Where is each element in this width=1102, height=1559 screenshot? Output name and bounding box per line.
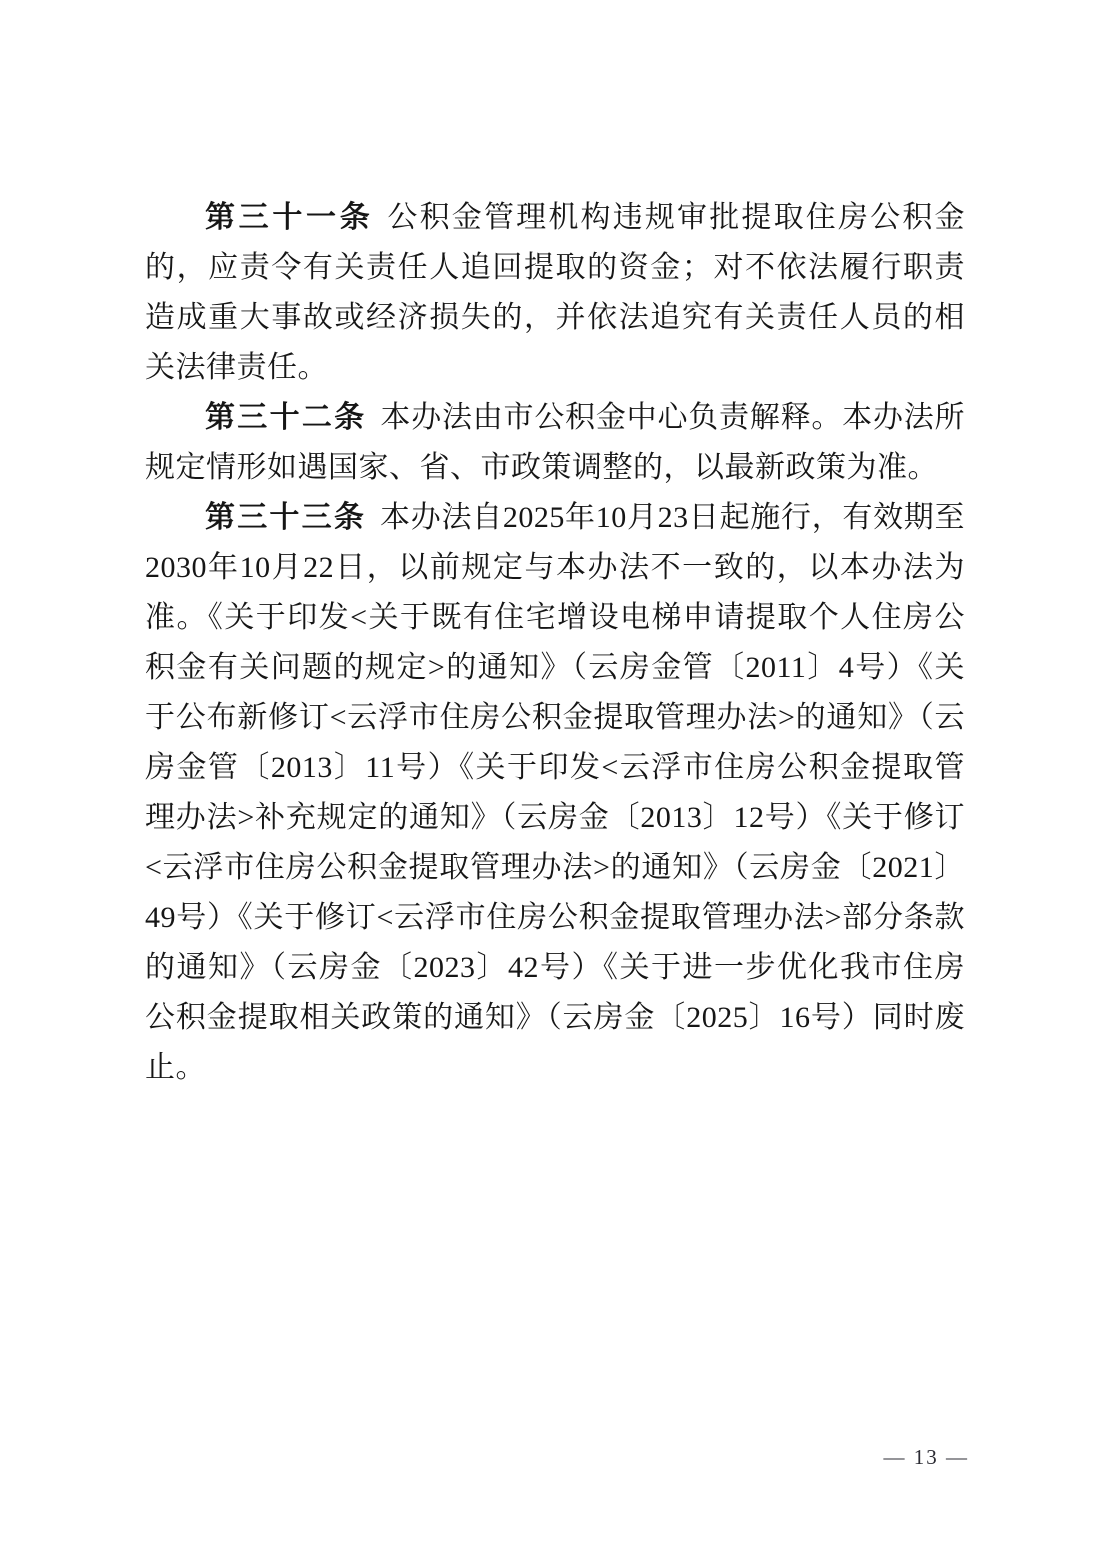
document-body: 第三十一条公积金管理机构违规审批提取住房公积金的，应责令有关责任人追回提取的资金…	[145, 193, 965, 1093]
document-page: 第三十一条公积金管理机构违规审批提取住房公积金的，应责令有关责任人追回提取的资金…	[0, 0, 1102, 1559]
page-footer: — 13 —	[884, 1445, 970, 1470]
article-32-number: 第三十二条	[205, 401, 366, 434]
article-31-paragraph: 第三十一条公积金管理机构违规审批提取住房公积金的，应责令有关责任人追回提取的资金…	[145, 193, 965, 393]
article-33-number: 第三十三条	[205, 501, 366, 534]
article-32-paragraph: 第三十二条本办法由市公积金中心负责解释。本办法所规定情形如遇国家、省、市政策调整…	[145, 393, 965, 493]
page-number: — 13 —	[884, 1445, 970, 1469]
article-33-text: 本办法自2025年10月23日起施行，有效期至2030年10月22日，以前规定与…	[145, 501, 965, 1084]
article-31-number: 第三十一条	[205, 201, 373, 234]
article-33-paragraph: 第三十三条本办法自2025年10月23日起施行，有效期至2030年10月22日，…	[145, 493, 965, 1093]
